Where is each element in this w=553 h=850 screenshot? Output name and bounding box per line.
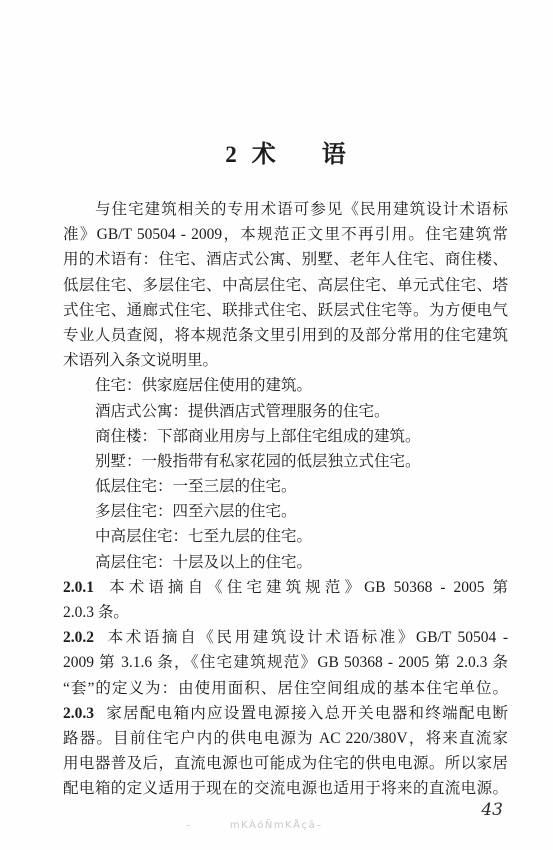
clause-line: “套”的定义为：由使用面积、居住空间组成的基本住宅单位。	[63, 676, 508, 701]
clause-number: 2.0.1	[63, 579, 94, 596]
chapter-title-char1: 术	[252, 134, 276, 169]
chapter-number: 2	[225, 142, 237, 168]
paragraph-line: 式住宅、通廊式住宅、联排式住宅、跃层式住宅等。为方便电气	[63, 298, 508, 323]
body-text: 与住宅建筑相关的专用术语可参见《民用建筑设计术语标 准》GB/T 50504 -…	[63, 197, 508, 802]
clause-first-line: 2.0.2本术语摘自《民用建筑设计术语标准》GB/T 50504 -	[63, 625, 508, 650]
clause-number: 2.0.2	[63, 629, 94, 646]
clause-line: 用电器普及后，直流电源也可能成为住宅的供电电源。所以家居	[63, 751, 508, 776]
paragraph-line: 专业人员查阅，将本规范条文里引用到的及部分常用的住宅建筑	[63, 323, 508, 348]
clause-text: 家居配电箱内应设置电源接入总开关电器和终端配电断	[105, 705, 508, 722]
paragraph-line: 准》GB/T 50504 - 2009，本规范正文里不再引用。住宅建筑常	[63, 222, 508, 247]
definition-line: 高层住宅：十层及以上的住宅。	[63, 550, 508, 575]
scanned-document-page: 2 术 语 与住宅建筑相关的专用术语可参见《民用建筑设计术语标 准》GB/T 5…	[0, 0, 553, 850]
paragraph-line: 与住宅建筑相关的专用术语可参见《民用建筑设计术语标	[63, 197, 508, 222]
scanner-watermark: – mKÀóÑmKÅçā–	[186, 820, 323, 831]
definition-line: 酒店式公寓：提供酒店式管理服务的住宅。	[63, 399, 508, 424]
definition-line: 住宅：供家庭居住使用的建筑。	[63, 373, 508, 398]
clause-line: 2009 第 3.1.6 条，《住宅建筑规范》GB 50368 - 2005 第…	[63, 650, 508, 675]
definition-line: 多层住宅：四至六层的住宅。	[63, 499, 508, 524]
paragraph-line: 低层住宅、多层住宅、中高层住宅、高层住宅、单元式住宅、塔	[63, 273, 508, 298]
clause-line: 配电箱的定义适用于现在的交流电源也适用于将来的直流电源。	[63, 776, 508, 801]
paragraph-line: 术语列入条文说明里。	[63, 348, 508, 373]
definition-line: 低层住宅：一至三层的住宅。	[63, 474, 508, 499]
definition-line: 中高层住宅：七至九层的住宅。	[63, 524, 508, 549]
clause-first-line: 2.0.1本术语摘自《住宅建筑规范》GB 50368 - 2005 第	[63, 575, 508, 600]
page-number: 43	[481, 800, 503, 820]
chapter-title-char2: 语	[322, 134, 346, 169]
clause-first-line: 2.0.3家居配电箱内应设置电源接入总开关电器和终端配电断	[63, 701, 508, 726]
clause-line: 2.0.3 条。	[63, 600, 508, 625]
chapter-title: 2 术 语	[63, 134, 508, 169]
clause-line: 路器。目前住宅户内的供电电源为 AC 220/380V，将来直流家	[63, 726, 508, 751]
definition-line: 别墅：一般指带有私家花园的低层独立式住宅。	[63, 449, 508, 474]
clause-text: 本术语摘自《民用建筑设计术语标准》GB/T 50504 -	[105, 629, 508, 646]
clause-number: 2.0.3	[63, 705, 94, 722]
paragraph-line: 用的术语有：住宅、酒店式公寓、别墅、老年人住宅、商住楼、	[63, 247, 508, 272]
clause-text: 本术语摘自《住宅建筑规范》GB 50368 - 2005 第	[105, 579, 508, 596]
definition-line: 商住楼：下部商业用房与上部住宅组成的建筑。	[63, 424, 508, 449]
